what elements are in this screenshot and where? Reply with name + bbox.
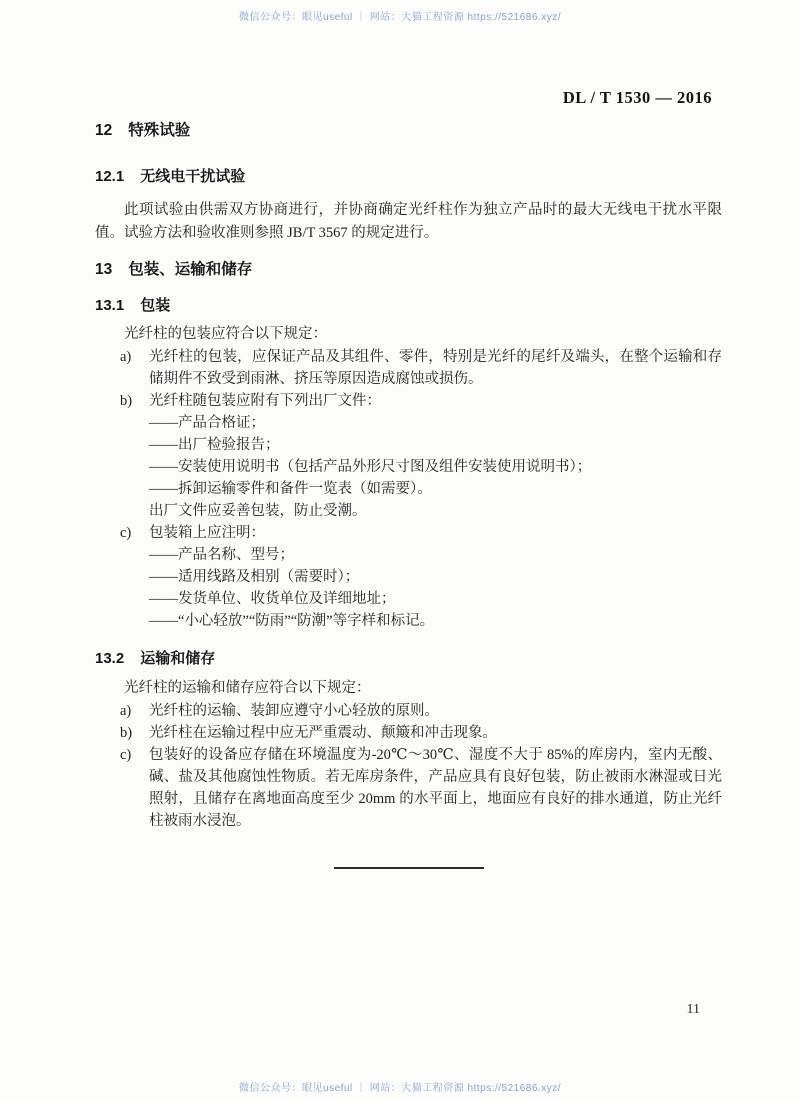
list-item-label: b) xyxy=(120,722,149,744)
dash-item: ——产品名称、型号； xyxy=(95,544,722,566)
section-13-2-intro: 光纤柱的运输和储存应符合以下规定： xyxy=(95,677,722,700)
item-b-note: 出厂文件应妥善包装，防止受潮。 xyxy=(95,500,722,522)
end-of-text-divider xyxy=(334,867,484,869)
list-item-a: a) 光纤柱的包装，应保证产品及其组件、零件，特别是光纤的尾纤及端头，在整个运输… xyxy=(95,346,722,390)
section-13-1-heading: 13.1包装 xyxy=(95,294,722,315)
document-page: 微信公众号：眼见useful ｜ 网站：大猫工程资源 https://52168… xyxy=(0,0,800,1102)
list-item-c: c) 包装箱上应注明： xyxy=(95,522,722,544)
page-content: 12特殊试验 12.1无线电干扰试验 此项试验由供需双方协商进行，并协商确定光纤… xyxy=(95,118,722,869)
section-13-1-intro: 光纤柱的包装应符合以下规定： xyxy=(95,323,722,346)
list-item-text: 包装箱上应注明： xyxy=(149,522,722,544)
list-item-label: c) xyxy=(120,744,149,832)
dash-item: ——安装使用说明书（包括产品外形尺寸图及组件安装使用说明书）； xyxy=(95,456,722,478)
section-13-number: 13 xyxy=(95,261,112,279)
dash-item: ——发货单位、收货单位及详细地址； xyxy=(95,588,722,610)
section-12-1-paragraph: 此项试验由供需双方协商进行，并协商确定光纤柱作为独立产品时的最大无线电干扰水平限… xyxy=(95,199,722,245)
section-12-title: 特殊试验 xyxy=(128,122,190,139)
dash-item: ——产品合格证； xyxy=(95,412,722,434)
section-13-title: 包装、运输和储存 xyxy=(128,261,252,278)
list-item-text: 包装好的设备应存储在环境温度为-20℃～30℃、湿度不大于 85%的库房内，室内… xyxy=(149,744,722,832)
section-13-2-title: 运输和储存 xyxy=(140,650,215,667)
section-13-heading: 13包装、运输和储存 xyxy=(95,257,722,279)
watermark-top: 微信公众号：眼见useful ｜ 网站：大猫工程资源 https://52168… xyxy=(0,8,800,23)
list-item-label: a) xyxy=(120,700,149,722)
dash-item: ——拆卸运输零件和备件一览表（如需要）。 xyxy=(95,478,722,500)
dash-item: ——“小心轻放”“防雨”“防潮”等字样和标记。 xyxy=(95,610,722,632)
page-number: 11 xyxy=(687,1002,700,1018)
section-13-1-number: 13.1 xyxy=(95,297,124,314)
watermark-bottom: 微信公众号：眼见useful ｜ 网站：大猫工程资源 https://52168… xyxy=(0,1079,800,1094)
section-13-2-heading: 13.2运输和储存 xyxy=(95,647,722,668)
list-item-b: b) 光纤柱在运输过程中应无严重震动、颠簸和冲击现象。 xyxy=(95,722,722,744)
section-12-1-title: 无线电干扰试验 xyxy=(140,168,245,185)
section-12-number: 12 xyxy=(95,122,112,140)
list-item-label: a) xyxy=(120,346,149,390)
list-item-a: a) 光纤柱的运输、装卸应遵守小心轻放的原则。 xyxy=(95,700,722,722)
section-12-heading: 12特殊试验 xyxy=(95,118,722,140)
list-item-text: 光纤柱的包装，应保证产品及其组件、零件，特别是光纤的尾纤及端头，在整个运输和存储… xyxy=(149,346,722,390)
section-12-1-heading: 12.1无线电干扰试验 xyxy=(95,165,722,186)
dash-item: ——出厂检验报告； xyxy=(95,434,722,456)
dash-item: ——适用线路及相别（需要时）； xyxy=(95,566,722,588)
standard-number: DL / T 1530 — 2016 xyxy=(563,88,712,108)
list-item-label: b) xyxy=(120,390,149,412)
list-item-text: 光纤柱随包装应附有下列出厂文件： xyxy=(149,390,722,412)
list-item-text: 光纤柱的运输、装卸应遵守小心轻放的原则。 xyxy=(149,700,722,722)
list-item-c: c) 包装好的设备应存储在环境温度为-20℃～30℃、湿度不大于 85%的库房内… xyxy=(95,744,722,832)
section-13-1-title: 包装 xyxy=(140,297,170,314)
list-item-label: c) xyxy=(120,522,149,544)
section-13-2-number: 13.2 xyxy=(95,650,124,667)
section-12-1-number: 12.1 xyxy=(95,168,124,185)
list-item-b: b) 光纤柱随包装应附有下列出厂文件： xyxy=(95,390,722,412)
list-item-text: 光纤柱在运输过程中应无严重震动、颠簸和冲击现象。 xyxy=(149,722,722,744)
